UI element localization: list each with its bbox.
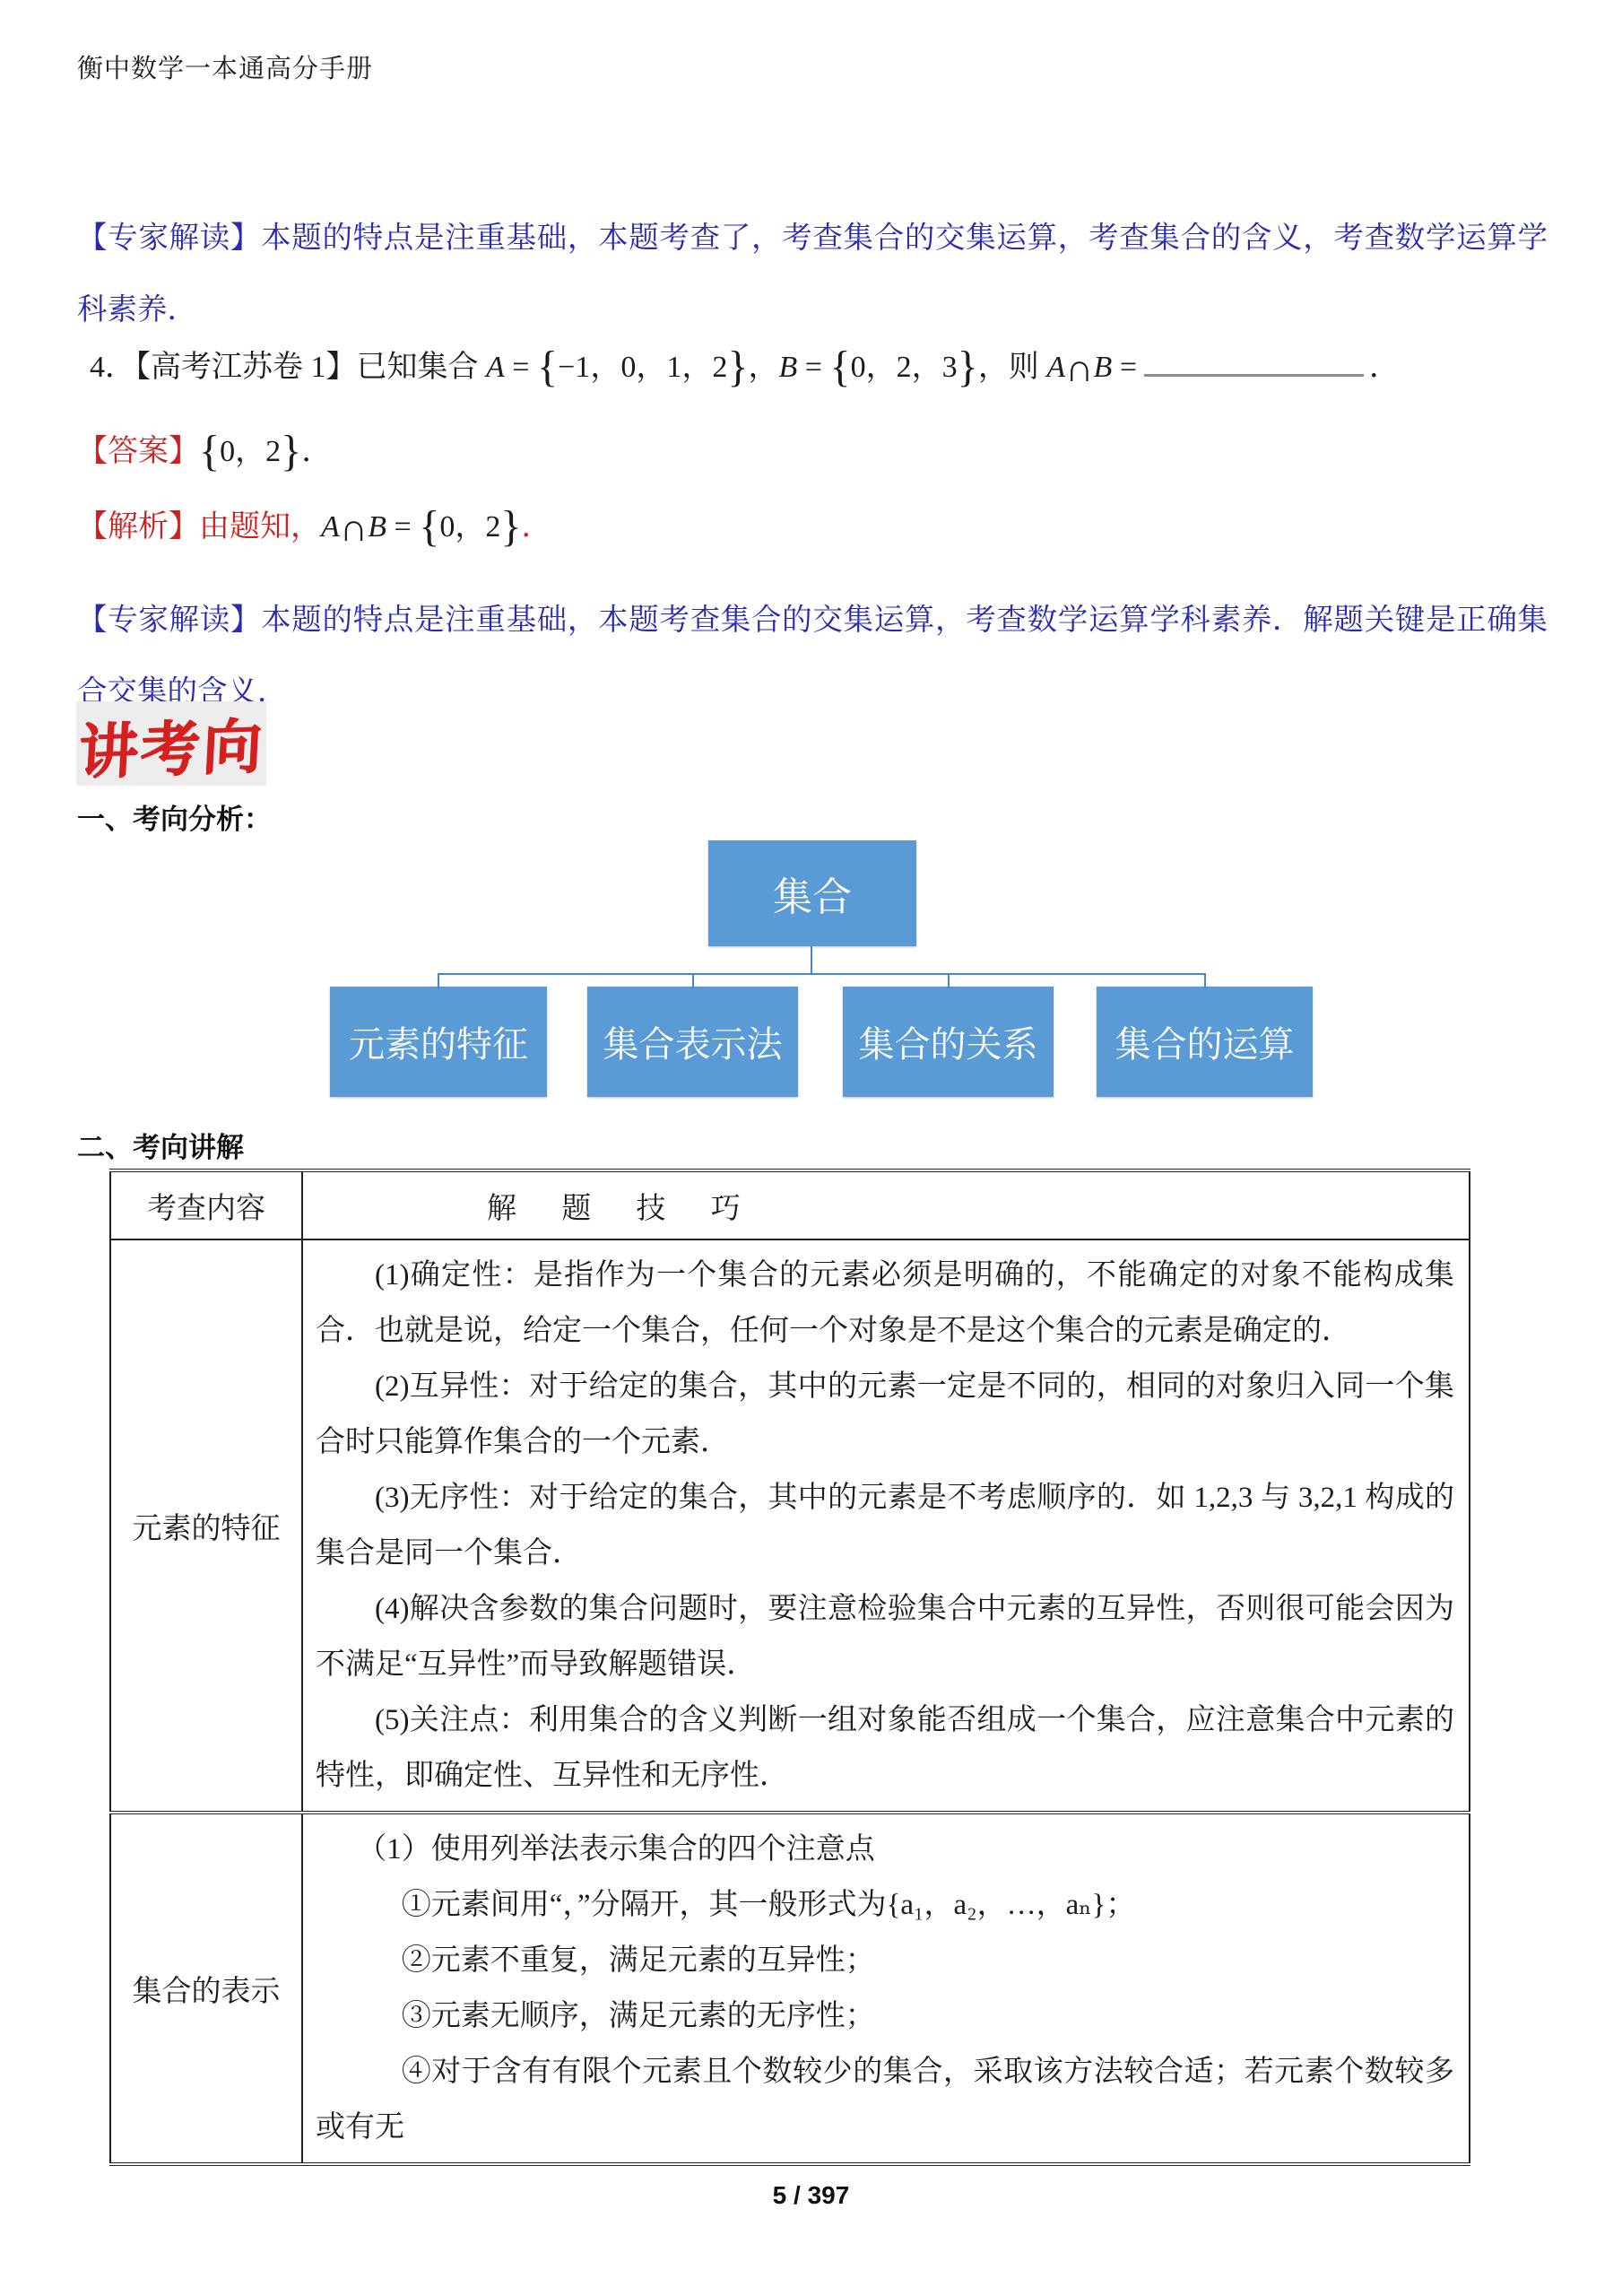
section-logo: 讲考向 <box>76 701 266 786</box>
answer-blank-line <box>1144 346 1364 377</box>
answer-label: 【答案】 <box>77 435 199 468</box>
technique-paragraph: ②元素不重复，满足元素的互异性； <box>316 1933 1454 1988</box>
technique-paragraph: ①元素间用“，”分隔开，其一般形式为{a₁，a₂，…，aₙ}； <box>316 1877 1454 1933</box>
topic-cell-element-features: 元素的特征 <box>110 1239 302 1813</box>
heading-analysis: 一、考向分析： <box>77 796 272 837</box>
techniques-table: 考查内容 解 题 技 巧 元素的特征 (1)确定性：是指作为一个集合的元素必须是… <box>109 1169 1470 2166</box>
question-4-prefix: 4．【高考江苏卷 1】已知集合 <box>90 351 486 384</box>
question-4-sets: A = {−1，0，1，2}，B = {0，2，3} <box>486 351 978 384</box>
technique-paragraph: (5)关注点：利用集合的含义判断一组对象能否组成一个集合，应注意集合中元素的特性… <box>316 1692 1454 1804</box>
technique-paragraph: (2)互异性：对于给定的集合，其中的元素一定是不同的，相同的对象归入同一个集合时… <box>316 1359 1454 1470</box>
technique-paragraph: ③元素无顺序，满足元素的无序性； <box>316 1988 1454 2044</box>
diagram-connector-horizontal <box>438 973 1206 975</box>
technique-paragraph: ④对于含有有限个元素且个数较少的集合，采取该方法较合适；若元素个数较多或有无 <box>316 2044 1454 2155</box>
question-4-period: ． <box>1369 351 1400 384</box>
technique-paragraph: （1）使用列举法表示集合的四个注意点 <box>316 1822 1454 1877</box>
document-page: 衡中数学一本通高分手册 【专家解读】本题的特点是注重基础，本题考查了，考查集合的… <box>0 0 1622 2296</box>
analysis-line: 【解析】由题知，A∩B = {0，2}． <box>77 502 552 552</box>
diagram-connector-stub <box>1204 973 1206 988</box>
concept-map-diagram: 集合 元素的特征集合表示法集合的关系集合的运算 <box>0 834 1622 1103</box>
col-header-skill: 解 题 技 巧 <box>302 1170 1470 1239</box>
answer-math: {0，2} <box>199 435 301 468</box>
diagram-connector-stub <box>438 973 439 988</box>
question-4: 4．【高考江苏卷 1】已知集合 A = {−1，0，1，2}，B = {0，2，… <box>90 344 1400 391</box>
diagram-connector-stub <box>948 973 950 988</box>
table-row: 集合的表示 （1）使用列举法表示集合的四个注意点①元素间用“，”分隔开，其一般形… <box>110 1813 1470 2164</box>
techniques-table-wrap: 考查内容 解 题 技 巧 元素的特征 (1)确定性：是指作为一个集合的元素必须是… <box>109 1169 1470 2166</box>
technique-paragraph: (4)解决含参数的集合问题时，要注意检验集合中元素的互异性，否则很可能会因为不满… <box>316 1581 1454 1692</box>
diagram-root-node: 集合 <box>708 840 916 946</box>
diagram-connector-vertical <box>811 946 812 974</box>
answer-period: ． <box>301 435 332 468</box>
question-4-expression: A∩B = <box>1046 351 1137 384</box>
technique-paragraph: (3)无序性：对于给定的集合，其中的元素是不考虑顺序的．如 1,2,3 与 3,… <box>316 1470 1454 1581</box>
analysis-math: A∩B = {0，2} <box>321 510 522 544</box>
expert-note-1: 【专家解读】本题的特点是注重基础，本题考查了，考查集合的交集运算，考查集合的含义… <box>77 203 1548 346</box>
question-4-mid: ，则 <box>978 351 1047 384</box>
expert-note-2: 【专家解读】本题的特点是注重基础，本题考查集合的交集运算，考查数学运算学科素养．… <box>77 585 1548 728</box>
technique-cell-element-features: (1)确定性：是指作为一个集合的元素必须是明确的，不能确定的对象不能构成集合．也… <box>302 1239 1470 1813</box>
heading-explain: 二、考向讲解 <box>77 1125 244 1165</box>
booklet-title: 衡中数学一本通高分手册 <box>77 48 373 85</box>
diagram-child-node-2: 集合表示法 <box>587 987 798 1097</box>
analysis-period: ． <box>522 510 552 544</box>
diagram-connector-stub <box>692 973 694 988</box>
analysis-label: 【解析】由题知， <box>77 510 321 544</box>
diagram-child-node-3: 集合的关系 <box>843 987 1054 1097</box>
table-header-row: 考查内容 解 题 技 巧 <box>110 1170 1470 1239</box>
diagram-child-node-1: 元素的特征 <box>330 987 547 1097</box>
diagram-child-node-4: 集合的运算 <box>1097 987 1313 1097</box>
technique-cell-set-representation: （1）使用列举法表示集合的四个注意点①元素间用“，”分隔开，其一般形式为{a₁，… <box>302 1813 1470 2164</box>
table-row: 元素的特征 (1)确定性：是指作为一个集合的元素必须是明确的，不能确定的对象不能… <box>110 1239 1470 1813</box>
technique-paragraph: (1)确定性：是指作为一个集合的元素必须是明确的，不能确定的对象不能构成集合．也… <box>316 1248 1454 1359</box>
topic-cell-set-representation: 集合的表示 <box>110 1813 302 2164</box>
answer-line: 【答案】{0，2}． <box>77 427 332 477</box>
logo-calligraphy-text: 讲考向 <box>76 698 266 789</box>
page-number: 5 / 397 <box>0 2181 1622 2210</box>
col-header-topic: 考查内容 <box>110 1170 302 1239</box>
